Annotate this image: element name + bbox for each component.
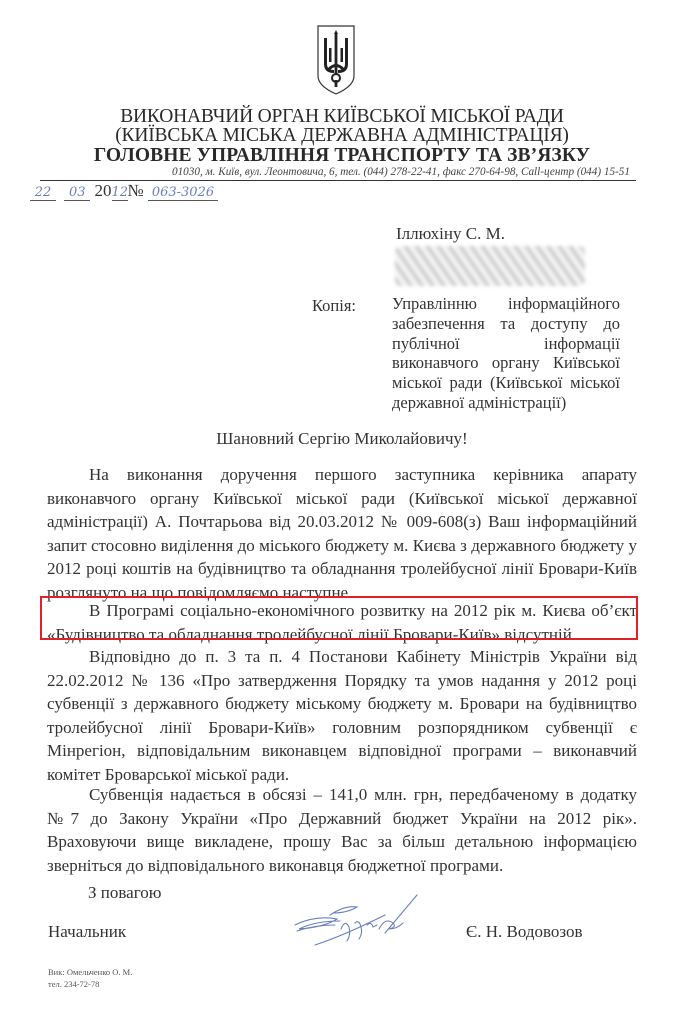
paragraph-text: На виконання доручення першого заступник… — [47, 465, 637, 602]
reg-year-suffix: 12 — [112, 185, 128, 201]
paragraph-text: Відповідно до п. 3 та п. 4 Постанови Каб… — [47, 647, 637, 784]
executor-info: Вик: Омельченко О. М. тел. 234-72-78 — [48, 966, 132, 990]
signer-name: Є. Н. Водовозов — [466, 922, 583, 942]
signer-position: Начальник — [48, 922, 126, 942]
executor-phone: тел. 234-72-78 — [48, 978, 132, 990]
copy-label: Копія: — [312, 296, 356, 316]
org-address: 01030, м. Київ, вул. Леонтовича, 6, тел.… — [70, 166, 630, 178]
paragraph-1: На виконання доручення першого заступник… — [47, 463, 637, 604]
reg-year-prefix: 20 — [95, 181, 112, 200]
reg-month: 03 — [64, 185, 90, 201]
department-name: ГОЛОВНЕ УПРАВЛІННЯ ТРАНСПОРТУ ТА ЗВ’ЯЗКУ — [0, 145, 684, 167]
highlight-box — [40, 596, 638, 640]
paragraph-3: Відповідно до п. 3 та п. 4 Постанови Каб… — [47, 645, 637, 786]
reg-day: 22 — [30, 185, 56, 201]
reg-number-sign: № — [128, 181, 144, 200]
copy-recipient: Управлінню інформаційного забезпечення т… — [392, 294, 620, 413]
paragraph-text: Субвенція надається в обсязі – 141,0 млн… — [47, 785, 637, 875]
salutation: Шановний Сергію Миколайовичу! — [0, 429, 684, 449]
coat-of-arms-icon — [316, 24, 356, 96]
recipient-name: Іллюхіну С. М. — [396, 224, 505, 244]
redacted-address-block — [395, 246, 585, 286]
org-name-line2: (КИЇВСЬКА МІСЬКА ДЕРЖАВНА АДМІНІСТРАЦІЯ) — [0, 125, 684, 147]
signature-icon — [285, 885, 425, 950]
closing: З повагою — [88, 883, 161, 903]
paragraph-4: Субвенція надається в обсязі – 141,0 млн… — [47, 783, 637, 877]
registration-line: 22 03 2012№ 063-3026 — [30, 181, 218, 201]
reg-number: 063-3026 — [148, 185, 218, 201]
executor-name: Вик: Омельченко О. М. — [48, 966, 132, 978]
